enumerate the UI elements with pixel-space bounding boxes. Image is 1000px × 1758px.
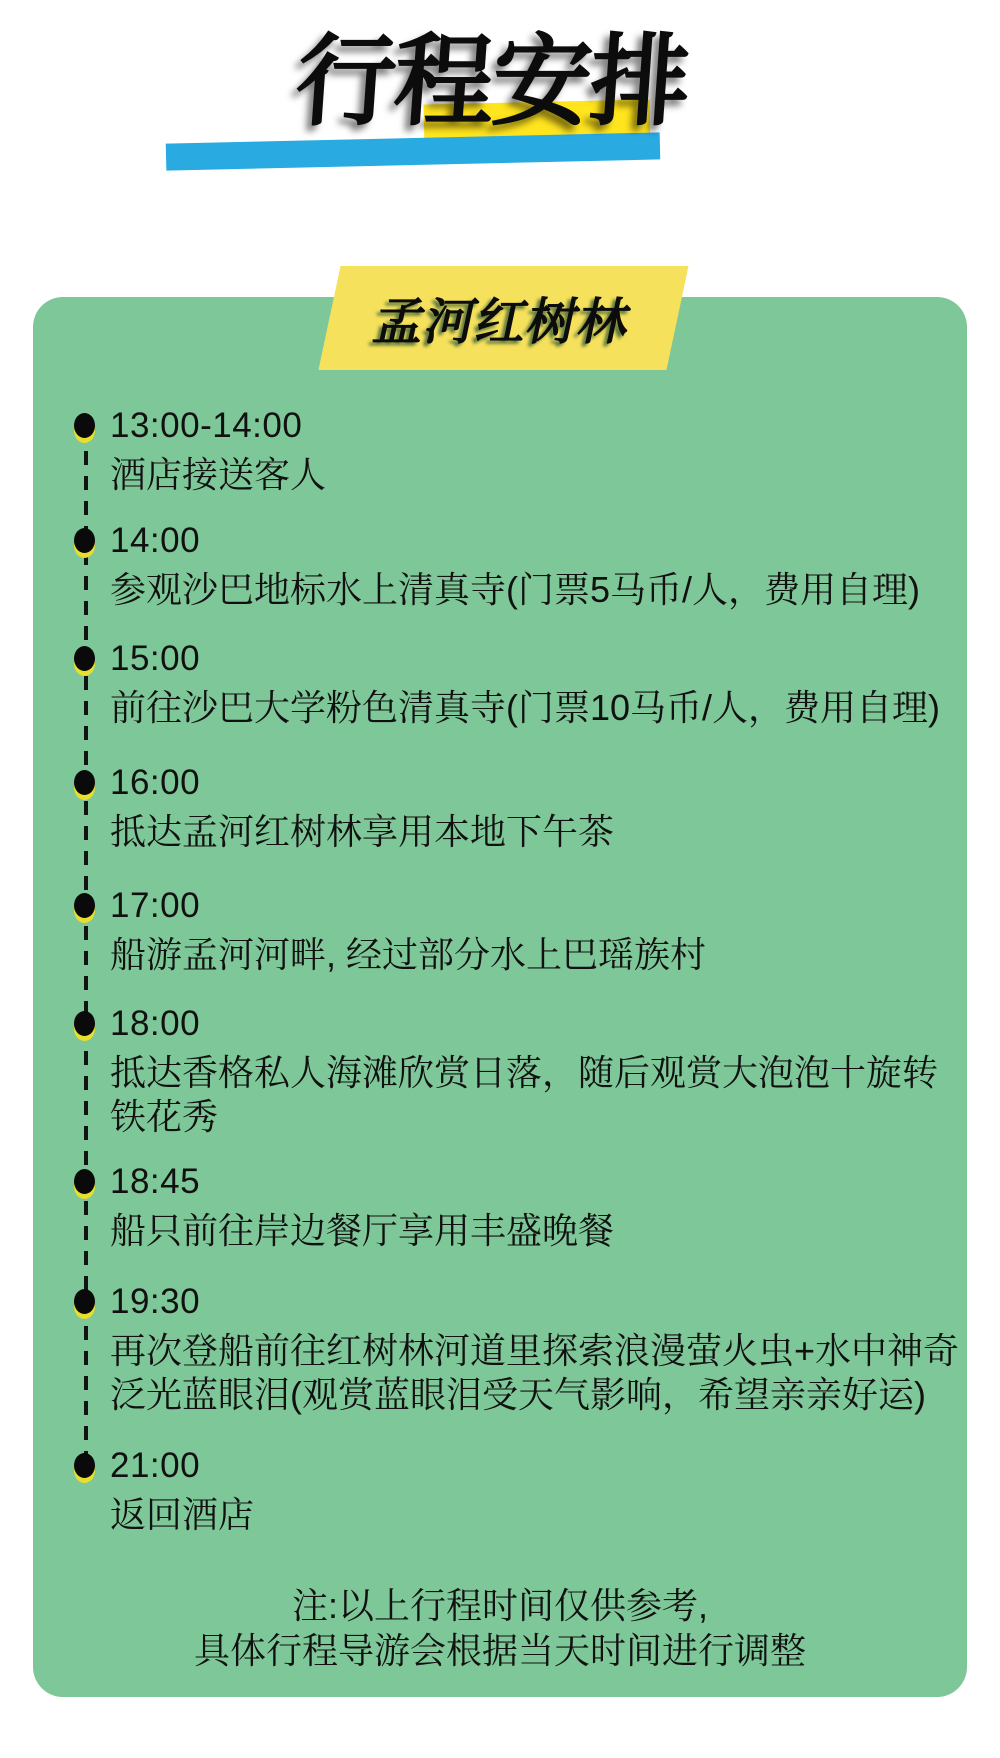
footer-note: 注:以上行程时间仅供参考, 具体行程导游会根据当天时间进行调整 [33, 1583, 967, 1673]
card-banner: 孟河红树林 [318, 266, 688, 370]
banner-label: 孟河红树林 [368, 282, 638, 354]
dot-core [74, 770, 95, 795]
title-underline-blue-bar [166, 132, 660, 170]
timeline-item: 19:30 再次登船前往红树林河道里探索浪漫萤火虫+水中神奇 泛光蓝眼泪(观赏蓝… [110, 1281, 949, 1417]
timeline-item: 18:00 抵达香格私人海滩欣赏日落，随后观赏大泡泡十旋转 铁花秀 [110, 1003, 949, 1139]
timeline-item: 21:00 返回酒店 [110, 1445, 949, 1537]
note-line: 具体行程导游会根据当天时间进行调整 [33, 1628, 967, 1673]
item-time: 18:45 [110, 1161, 949, 1203]
item-desc-line: 抵达孟河红树林享用本地下午茶 [110, 810, 949, 854]
timeline-dot-marker [74, 885, 95, 910]
timeline-dot-marker [74, 1003, 95, 1028]
item-desc-line: 酒店接送客人 [110, 453, 949, 497]
page-title: 行程安排 [292, 30, 691, 135]
dot-core [74, 893, 95, 918]
item-desc-line: 泛光蓝眼泪(观赏蓝眼泪受天气影响，希望亲亲好运) [110, 1373, 949, 1417]
timeline-item: 18:45 船只前往岸边餐厅享用丰盛晚餐 [110, 1161, 949, 1253]
item-desc-line: 船只前往岸边餐厅享用丰盛晚餐 [110, 1209, 949, 1253]
timeline-dot-marker [74, 1161, 95, 1186]
timeline-dot-marker [74, 1445, 95, 1470]
item-time: 14:00 [110, 520, 949, 562]
poster: 行程安排 孟河红树林 13:00-14:00 酒店接送客人 14:00 参观沙巴… [0, 0, 1000, 1758]
timeline-item: 17:00 船游孟河河畔, 经过部分水上巴瑶族村 [110, 885, 949, 977]
item-desc-line: 前往沙巴大学粉色清真寺(门票10马币/人，费用自理) [110, 686, 949, 730]
dot-core [74, 1169, 95, 1194]
item-time: 17:00 [110, 885, 949, 927]
itinerary-card: 孟河红树林 13:00-14:00 酒店接送客人 14:00 参观沙巴地标水上清… [33, 297, 967, 1697]
dot-core [74, 1289, 95, 1314]
timeline-dot-marker [74, 762, 95, 787]
item-time: 13:00-14:00 [110, 405, 949, 447]
title-block: 行程安排 [0, 0, 1000, 210]
item-desc-line: 返回酒店 [110, 1493, 949, 1537]
item-desc-line: 抵达香格私人海滩欣赏日落，随后观赏大泡泡十旋转 [110, 1051, 949, 1095]
item-desc-line: 船游孟河河畔, 经过部分水上巴瑶族村 [110, 933, 949, 977]
dot-core [74, 646, 95, 671]
dot-core [74, 528, 95, 553]
item-time: 15:00 [110, 638, 949, 680]
item-desc-line: 再次登船前往红树林河道里探索浪漫萤火虫+水中神奇 [110, 1329, 949, 1373]
timeline-dot-marker [74, 520, 95, 545]
item-time: 19:30 [110, 1281, 949, 1323]
item-time: 21:00 [110, 1445, 949, 1487]
item-desc-line: 参观沙巴地标水上清真寺(门票5马币/人，费用自理) [110, 568, 949, 612]
item-time: 18:00 [110, 1003, 949, 1045]
item-desc-line: 铁花秀 [110, 1095, 949, 1139]
timeline-dot-marker [74, 1281, 95, 1306]
note-line: 注:以上行程时间仅供参考, [33, 1583, 967, 1628]
dot-core [74, 1011, 95, 1036]
timeline-dot-marker [74, 405, 95, 430]
dot-core [74, 413, 95, 438]
timeline-dot-marker [74, 638, 95, 663]
timeline-item: 14:00 参观沙巴地标水上清真寺(门票5马币/人，费用自理) [110, 520, 949, 612]
timeline-item: 13:00-14:00 酒店接送客人 [110, 405, 949, 497]
item-time: 16:00 [110, 762, 949, 804]
dot-core [74, 1453, 95, 1478]
timeline-item: 16:00 抵达孟河红树林享用本地下午茶 [110, 762, 949, 854]
timeline-item: 15:00 前往沙巴大学粉色清真寺(门票10马币/人，费用自理) [110, 638, 949, 730]
